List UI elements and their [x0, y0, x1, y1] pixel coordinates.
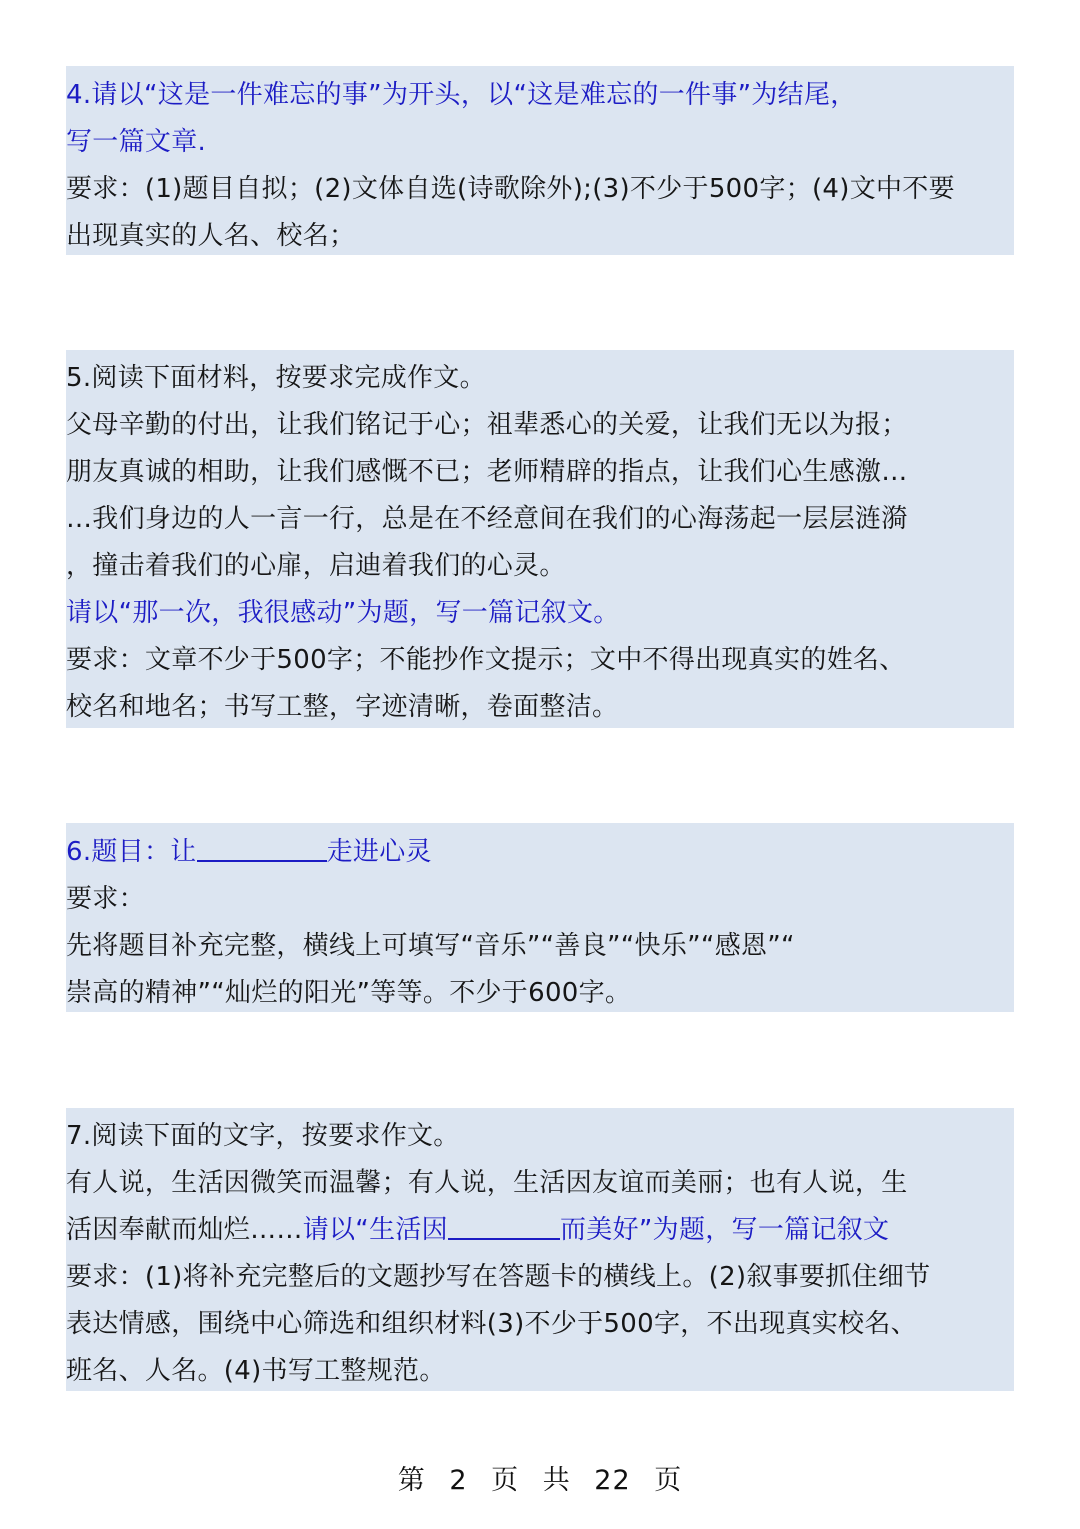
page-footer: 第 2 页 共 22 页: [0, 1458, 1080, 1497]
requirements-7-line-1: 要求：(1)将补充完整后的文题抄写在答题卡的横线上。(2)叙事要抓住细节: [66, 1254, 1014, 1301]
requirements-4-line-1: 要求：(1)题目自拟；(2)文体自选(诗歌除外);(3)不少于500字；(4)文…: [66, 166, 1014, 213]
requirements-7-line-3: 班名、人名。(4)书写工整规范。: [66, 1348, 1014, 1395]
title-6-prefix: 6.题目：让: [66, 837, 197, 867]
heading-7: 7.阅读下面的文字，按要求作文。: [66, 1113, 1014, 1160]
prompt-4-line-2: 写一篇文章.: [66, 119, 1014, 166]
material-7-line-2-text: 活因奉献而灿烂……: [66, 1215, 303, 1245]
material-5-line-4: ，撞击着我们的心扉，启迪着我们的心灵。: [66, 543, 1014, 590]
fill-in-blank-line: [197, 858, 327, 862]
footer-label-gong: 共: [543, 1465, 571, 1496]
title-6-suffix: 走进心灵: [327, 837, 432, 867]
prompt-5: 请以“那一次，我很感动”为题，写一篇记叙文。: [66, 590, 1014, 637]
fill-in-blank-line: [448, 1236, 560, 1240]
prompt-7-suffix: 而美好”为题，写一篇记叙文: [560, 1215, 889, 1245]
total-page-count: 22: [594, 1465, 630, 1496]
requirements-7-line-2: 表达情感，围绕中心筛选和组织材料(3)不少于500字，不出现真实校名、: [66, 1301, 1014, 1348]
material-5-line-2: 朋友真诚的相助，让我们感慨不已；老师精辟的指点，让我们心生感激…: [66, 449, 1014, 496]
footer-label-ye: 页: [491, 1465, 519, 1496]
requirements-6-line-1: 先将题目补充完整，横线上可填写“音乐”“善良”“快乐”“感恩”“: [66, 923, 1014, 970]
material-5-line-1: 父母辛勤的付出，让我们铭记于心；祖辈悉心的关爱，让我们无以为报；: [66, 402, 1014, 449]
prompt-4-line-1: 4.请以“这是一件难忘的事”为开头，以“这是难忘的一件事”为结尾，: [66, 72, 1014, 119]
essay-prompt-6: 6.题目：让走进心灵 要求： 先将题目补充完整，横线上可填写“音乐”“善良”“快…: [66, 823, 1014, 1012]
requirements-5-line-1: 要求：文章不少于500字；不能抄作文提示；文中不得出现真实的姓名、: [66, 637, 1014, 684]
heading-5: 5.阅读下面材料，按要求完成作文。: [66, 355, 1014, 402]
requirements-6-label: 要求：: [66, 876, 1014, 923]
requirements-4-line-2: 出现真实的人名、校名；: [66, 213, 1014, 260]
material-7-line-2: 活因奉献而灿烂……请以“生活因而美好”为题，写一篇记叙文: [66, 1207, 1014, 1254]
essay-prompt-4: 4.请以“这是一件难忘的事”为开头，以“这是难忘的一件事”为结尾， 写一篇文章.…: [66, 66, 1014, 255]
requirements-5-line-2: 校名和地名；书写工整，字迹清晰，卷面整洁。: [66, 684, 1014, 731]
material-5-line-3: …我们身边的人一言一行，总是在不经意间在我们的心海荡起一层层涟漪: [66, 496, 1014, 543]
essay-prompt-5: 5.阅读下面材料，按要求完成作文。 父母辛勤的付出，让我们铭记于心；祖辈悉心的关…: [66, 350, 1014, 728]
requirements-6-line-2: 崇高的精神”“灿烂的阳光”等等。不少于600字。: [66, 970, 1014, 1017]
essay-prompt-7: 7.阅读下面的文字，按要求作文。 有人说，生活因微笑而温馨；有人说，生活因友谊而…: [66, 1108, 1014, 1391]
title-6: 6.题目：让走进心灵: [66, 829, 1014, 876]
prompt-7-prefix: 请以“生活因: [303, 1215, 448, 1245]
current-page-number: 2: [449, 1465, 467, 1496]
material-7-line-1: 有人说，生活因微笑而温馨；有人说，生活因友谊而美丽；也有人说，生: [66, 1160, 1014, 1207]
footer-label-ye-end: 页: [654, 1465, 682, 1496]
footer-label-di: 第: [398, 1465, 426, 1496]
